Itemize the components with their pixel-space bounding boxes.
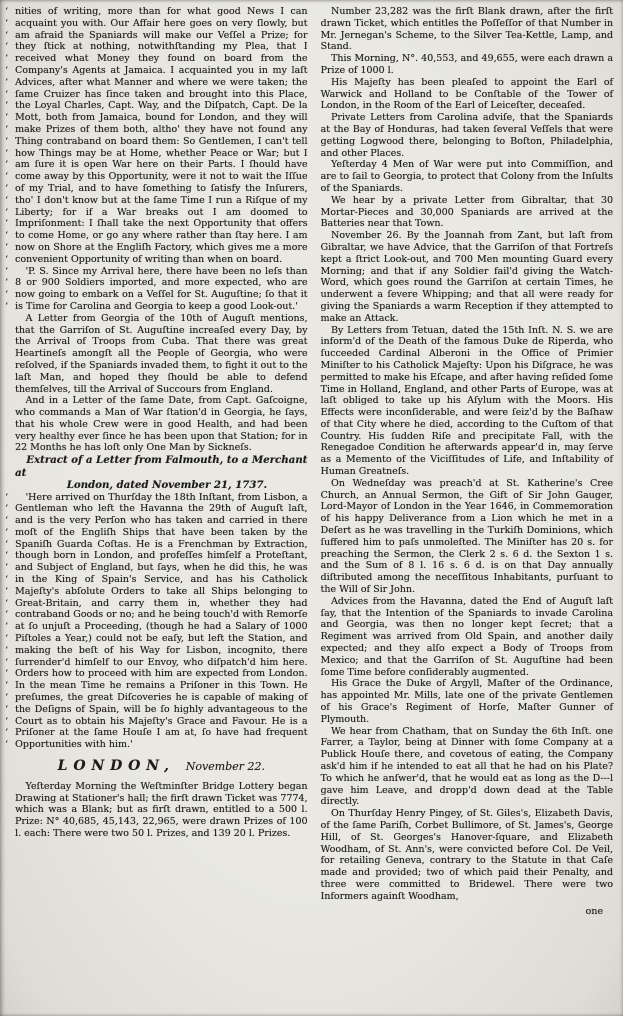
catchword: one: [321, 906, 614, 918]
quote-marks-gutter: ‘ ‘ ‘ ‘: [5, 266, 8, 313]
london-dateline-city: LONDON,: [58, 761, 175, 773]
london-dateline-heading: LONDON, November 22.: [15, 761, 308, 773]
newspaper-page: ‘ ‘ ‘ ‘ ‘ ‘ ‘ ‘ ‘ ‘ ‘ ‘ ‘ ‘ ‘ ‘ ‘ ‘ ‘ ‘ …: [0, 0, 623, 1016]
right-column: Number 23,282 was the firſt Blank drawn,…: [321, 6, 614, 1016]
falmouth-extract-heading: Extract of a Letter from Falmouth, to a …: [15, 454, 308, 479]
news-paragraph-lion-sermon: On Wedneſday was preach'd at St. Katheri…: [321, 478, 614, 596]
london-dateline-date: November 22.: [186, 761, 265, 773]
left-column: ‘ ‘ ‘ ‘ ‘ ‘ ‘ ‘ ‘ ‘ ‘ ‘ ‘ ‘ ‘ ‘ ‘ ‘ ‘ ‘ …: [15, 6, 308, 1016]
lottery-report-paragraph: Yeſterday Morning the Weſtminſter Bridge…: [15, 781, 308, 840]
news-paragraph-carolina-letters: Private Letters from Carolina adviſe, th…: [321, 112, 614, 159]
georgia-letter-paragraph: A Letter from Georgia of the 10th of Aug…: [15, 313, 308, 396]
quote-marks-gutter: ‘ ‘ ‘ ‘ ‘ ‘ ‘ ‘ ‘ ‘ ‘ ‘ ‘ ‘ ‘ ‘ ‘ ‘ ‘ ‘ …: [5, 6, 8, 266]
news-paragraph-tetuan-riperda: By Letters from Tetuan, dated the 15th I…: [321, 325, 614, 478]
quoted-falmouth-letter: ‘ ‘ ‘ ‘ ‘ ‘ ‘ ‘ ‘ ‘ ‘ ‘ ‘ ‘ ‘ ‘ ‘ ‘ ‘ ‘ …: [15, 492, 308, 752]
quote-marks-gutter: ‘ ‘ ‘ ‘ ‘ ‘ ‘ ‘ ‘ ‘ ‘ ‘ ‘ ‘ ‘ ‘ ‘ ‘ ‘ ‘ …: [5, 492, 8, 752]
news-paragraph-blank-drawn: Number 23,282 was the firſt Blank drawn,…: [321, 6, 614, 53]
news-paragraph-november-26: November 26. By the Joannah from Zant, b…: [321, 230, 614, 324]
paragraph-text: nities of writing, more than for what go…: [15, 6, 308, 265]
news-paragraph-havanna-advices: Advices from the Havanna, dated the End …: [321, 596, 614, 679]
news-paragraph-prize-numbers: This Morning, N°. 40,553, and 49,655, we…: [321, 53, 614, 77]
news-paragraph-men-of-war: Yeſterday 4 Men of War were put into Com…: [321, 159, 614, 194]
news-paragraph-gibraltar-letter: We hear by a private Letter from Gibralt…: [321, 195, 614, 230]
news-paragraph-argyll-appointment: His Grace the Duke of Argyll, Maſter of …: [321, 678, 614, 725]
gascoigne-letter-paragraph: And in a Letter of the ſame Date, from C…: [15, 395, 308, 454]
paragraph-text: 'P. S. Since my Arrival here, there have…: [15, 266, 308, 312]
postscript-paragraph: ‘ ‘ ‘ ‘'P. S. Since my Arrival here, the…: [15, 266, 308, 313]
news-paragraph-chatham-taylor: We hear from Chatham, that on Sunday the…: [321, 726, 614, 809]
news-paragraph-geneva-convictions: On Thurſday Henry Pingey, of St. Giles's…: [321, 808, 614, 902]
falmouth-extract-heading-dateline: London, dated November 21, 1737.: [15, 479, 308, 491]
paragraph-text: 'Here arrived on Thurſday the 18th Inſta…: [15, 492, 308, 751]
news-paragraph-constable-appointment: His Majeſty has been pleaſed to appoint …: [321, 77, 614, 112]
quoted-letter-continuation: ‘ ‘ ‘ ‘ ‘ ‘ ‘ ‘ ‘ ‘ ‘ ‘ ‘ ‘ ‘ ‘ ‘ ‘ ‘ ‘ …: [15, 6, 308, 266]
